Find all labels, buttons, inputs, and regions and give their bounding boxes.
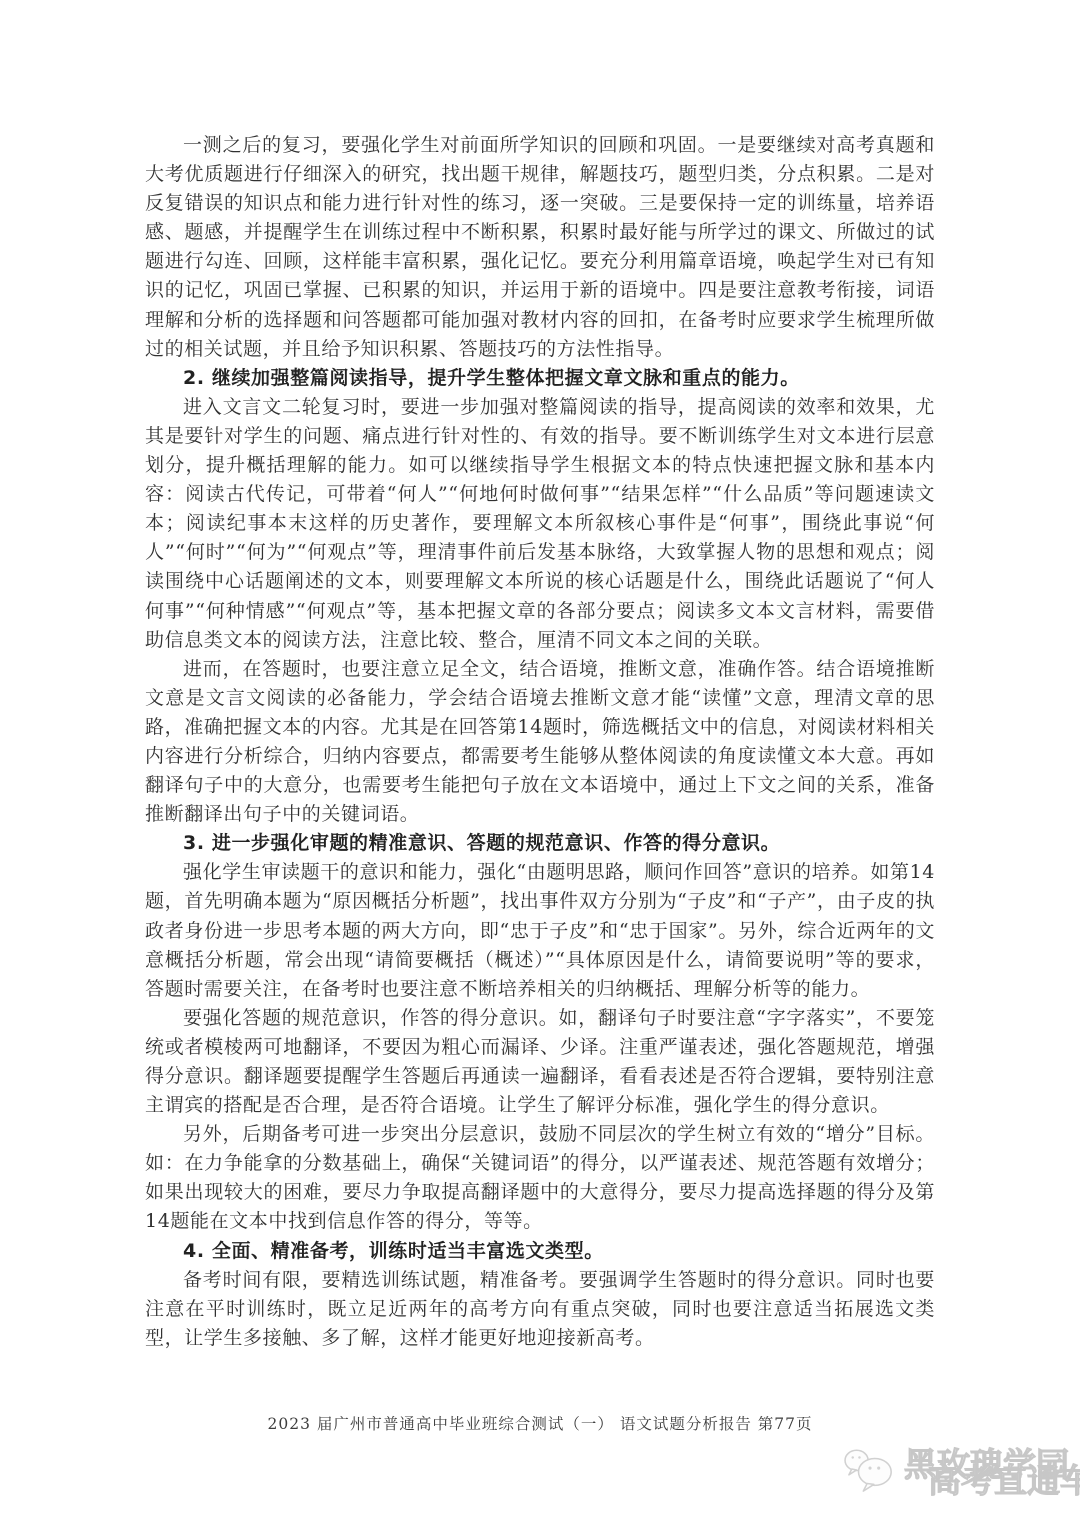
watermark: 黑玫瑰学园 高考直通车	[842, 1441, 1080, 1503]
section-heading-3: 3. 进一步强化审题的精准意识、答题的规范意识、作答的得分意识。	[145, 829, 935, 858]
page-footer: 2023 届广州市普通高中毕业班综合测试（一） 语文试题分析报告 第77页	[0, 1412, 1080, 1434]
section-heading-4: 4. 全面、精准备考，训练时适当丰富选文类型。	[145, 1237, 935, 1266]
paragraph-answer-norms: 要强化答题的规范意识，作答的得分意识。如，翻译句子时要注意“字字落实”，不要笼统…	[145, 1004, 935, 1120]
paragraph-precise-prep: 备考时间有限，要精选训练试题，精准备考。要强调学生答题时的得分意识。同时也要注意…	[145, 1266, 935, 1353]
footer-text: 2023 届广州市普通高中毕业班综合测试（一） 语文试题分析报告 第77页	[268, 1415, 813, 1433]
paragraph-score-layers: 另外，后期备考可进一步突出分层意识，鼓励不同层次的学生树立有效的“增分”目标。如…	[145, 1120, 935, 1236]
document-page: 一测之后的复习，要强化学生对前面所学知识的回顾和巩固。一是要继续对高考真题和大考…	[0, 0, 1080, 1527]
watermark-text-1: 黑玫瑰学园	[904, 1439, 1069, 1486]
watermark-text-stack: 黑玫瑰学园 高考直通车	[904, 1441, 1080, 1503]
watermark-text-2: 高考直通车	[928, 1455, 1080, 1502]
paragraph-answering-context: 进而，在答题时，也要注意立足全文，结合语境，推断文意，准确作答。结合语境推断文意…	[145, 655, 935, 830]
text-column: 一测之后的复习，要强化学生对前面所学知识的回顾和巩固。一是要继续对高考真题和大考…	[145, 131, 935, 1353]
section-heading-2: 2. 继续加强整篇阅读指导，提升学生整体把握文章文脉和重点的能力。	[145, 364, 935, 393]
paragraph-review-after-test: 一测之后的复习，要强化学生对前面所学知识的回顾和巩固。一是要继续对高考真题和大考…	[145, 131, 935, 364]
paragraph-whole-reading: 进入文言文二轮复习时，要进一步加强对整篇阅读的指导，提高阅读的效率和效果，尤其是…	[145, 393, 935, 655]
wechat-icon	[842, 1445, 900, 1499]
paragraph-question-reading: 强化学生审读题干的意识和能力，强化“由题明思路，顺问作回答”意识的培养。如第14…	[145, 858, 935, 1003]
